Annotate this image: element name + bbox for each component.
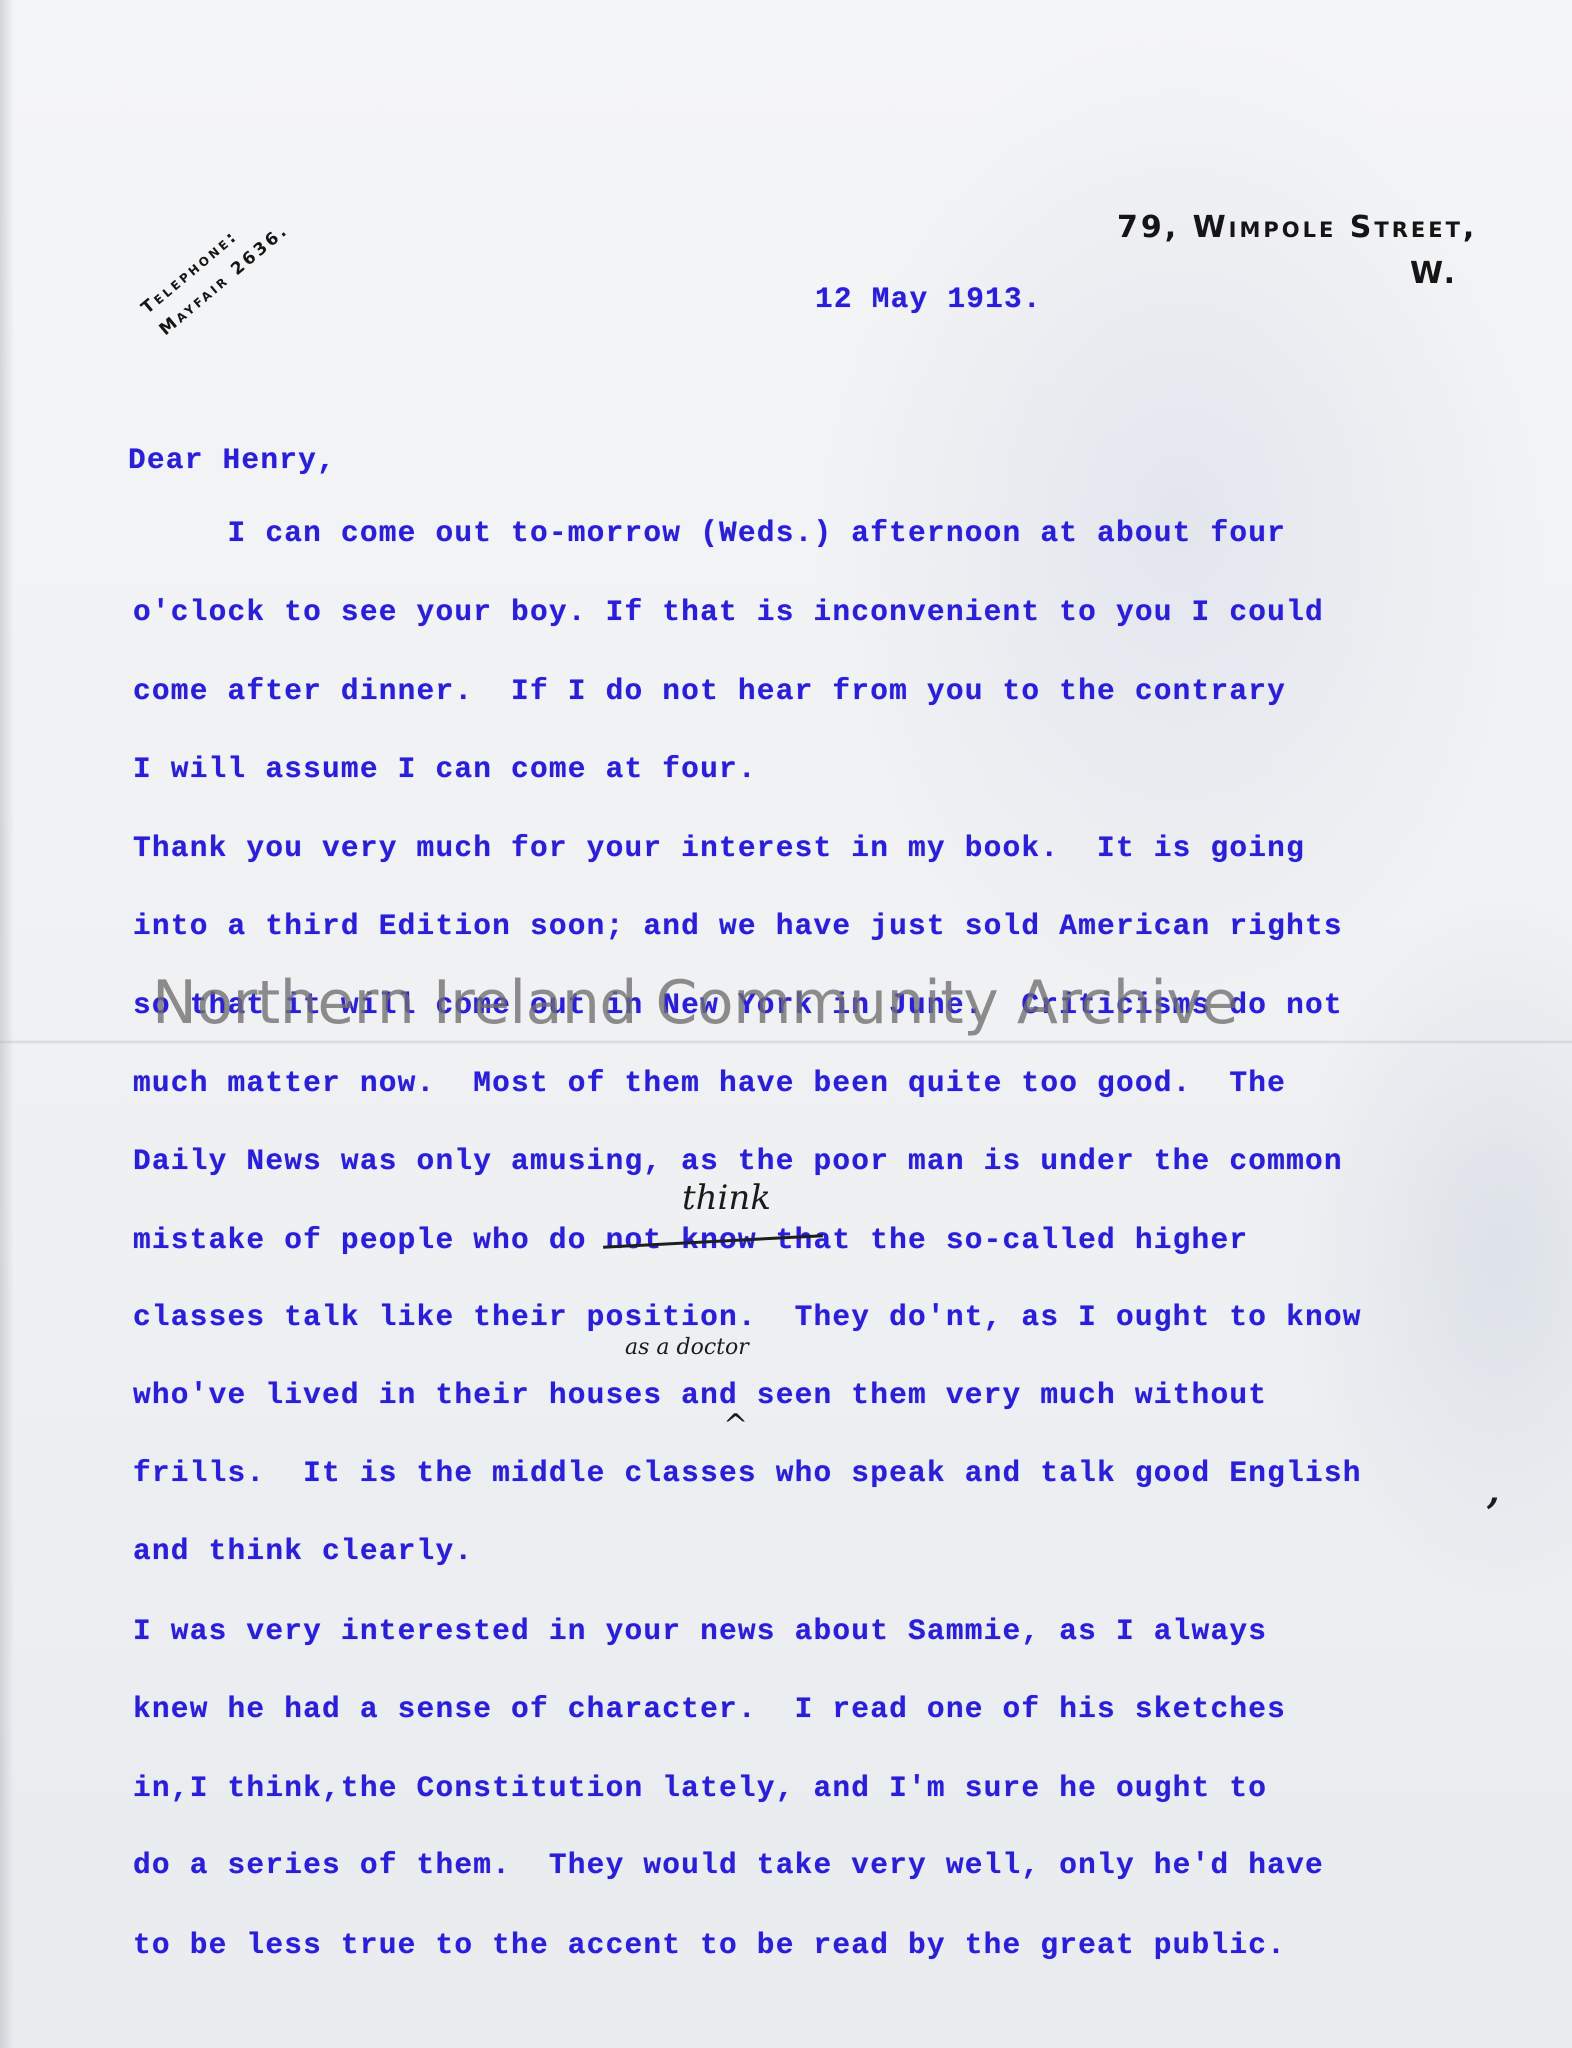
letter-line: Daily News was only amusing, as the poor… <box>133 1144 1343 1178</box>
letter-line: I can come out to-morrow (Weds.) afterno… <box>133 516 1286 550</box>
letter-line: frills. It is the middle classes who spe… <box>133 1456 1362 1490</box>
letter-line: o'clock to see your boy. If that is inco… <box>133 595 1324 629</box>
letter-line: to be less true to the accent to be read… <box>133 1928 1286 1962</box>
letter-date: 12 May 1913. <box>815 282 1042 316</box>
letter-line: mistake of people who do not know that t… <box>133 1223 1248 1257</box>
address-line-2: W. <box>1410 256 1458 291</box>
letter-line: Thank you very much for your interest in… <box>133 831 1305 865</box>
archive-watermark: Northern Ireland Community Archive <box>152 968 1238 1038</box>
letter-line: knew he had a sense of character. I read… <box>133 1692 1286 1726</box>
letter-line: come after dinner. If I do not hear from… <box>133 674 1286 708</box>
paper-fold-crease <box>0 1040 1572 1044</box>
letter-line: do a series of them. They would take ver… <box>133 1848 1324 1882</box>
letter-line: and think clearly. <box>133 1534 473 1568</box>
letter-line: I will assume I can come at four. <box>133 752 757 786</box>
letter-line: I was very interested in your news about… <box>133 1614 1267 1648</box>
handwritten-as-a-doctor: as a doctor <box>625 1335 749 1360</box>
handwritten-think: think <box>682 1178 771 1218</box>
paper-edge <box>0 0 14 2048</box>
handwritten-comma: , <box>1487 1470 1500 1512</box>
letter-line: into a third Edition soon; and we have j… <box>133 909 1343 943</box>
letter-line: in,I think,the Constitution lately, and … <box>133 1771 1267 1805</box>
letter-line: much matter now. Most of them have been … <box>133 1066 1286 1100</box>
address-line-1: 79, Wimpole Street, <box>1117 210 1477 245</box>
letter-line: who've lived in their houses and seen th… <box>133 1378 1267 1412</box>
salutation: Dear Henry, <box>128 443 336 477</box>
handwritten-insertion-caret: ^ <box>723 1408 748 1443</box>
letter-line: classes talk like their position. They d… <box>133 1300 1362 1334</box>
